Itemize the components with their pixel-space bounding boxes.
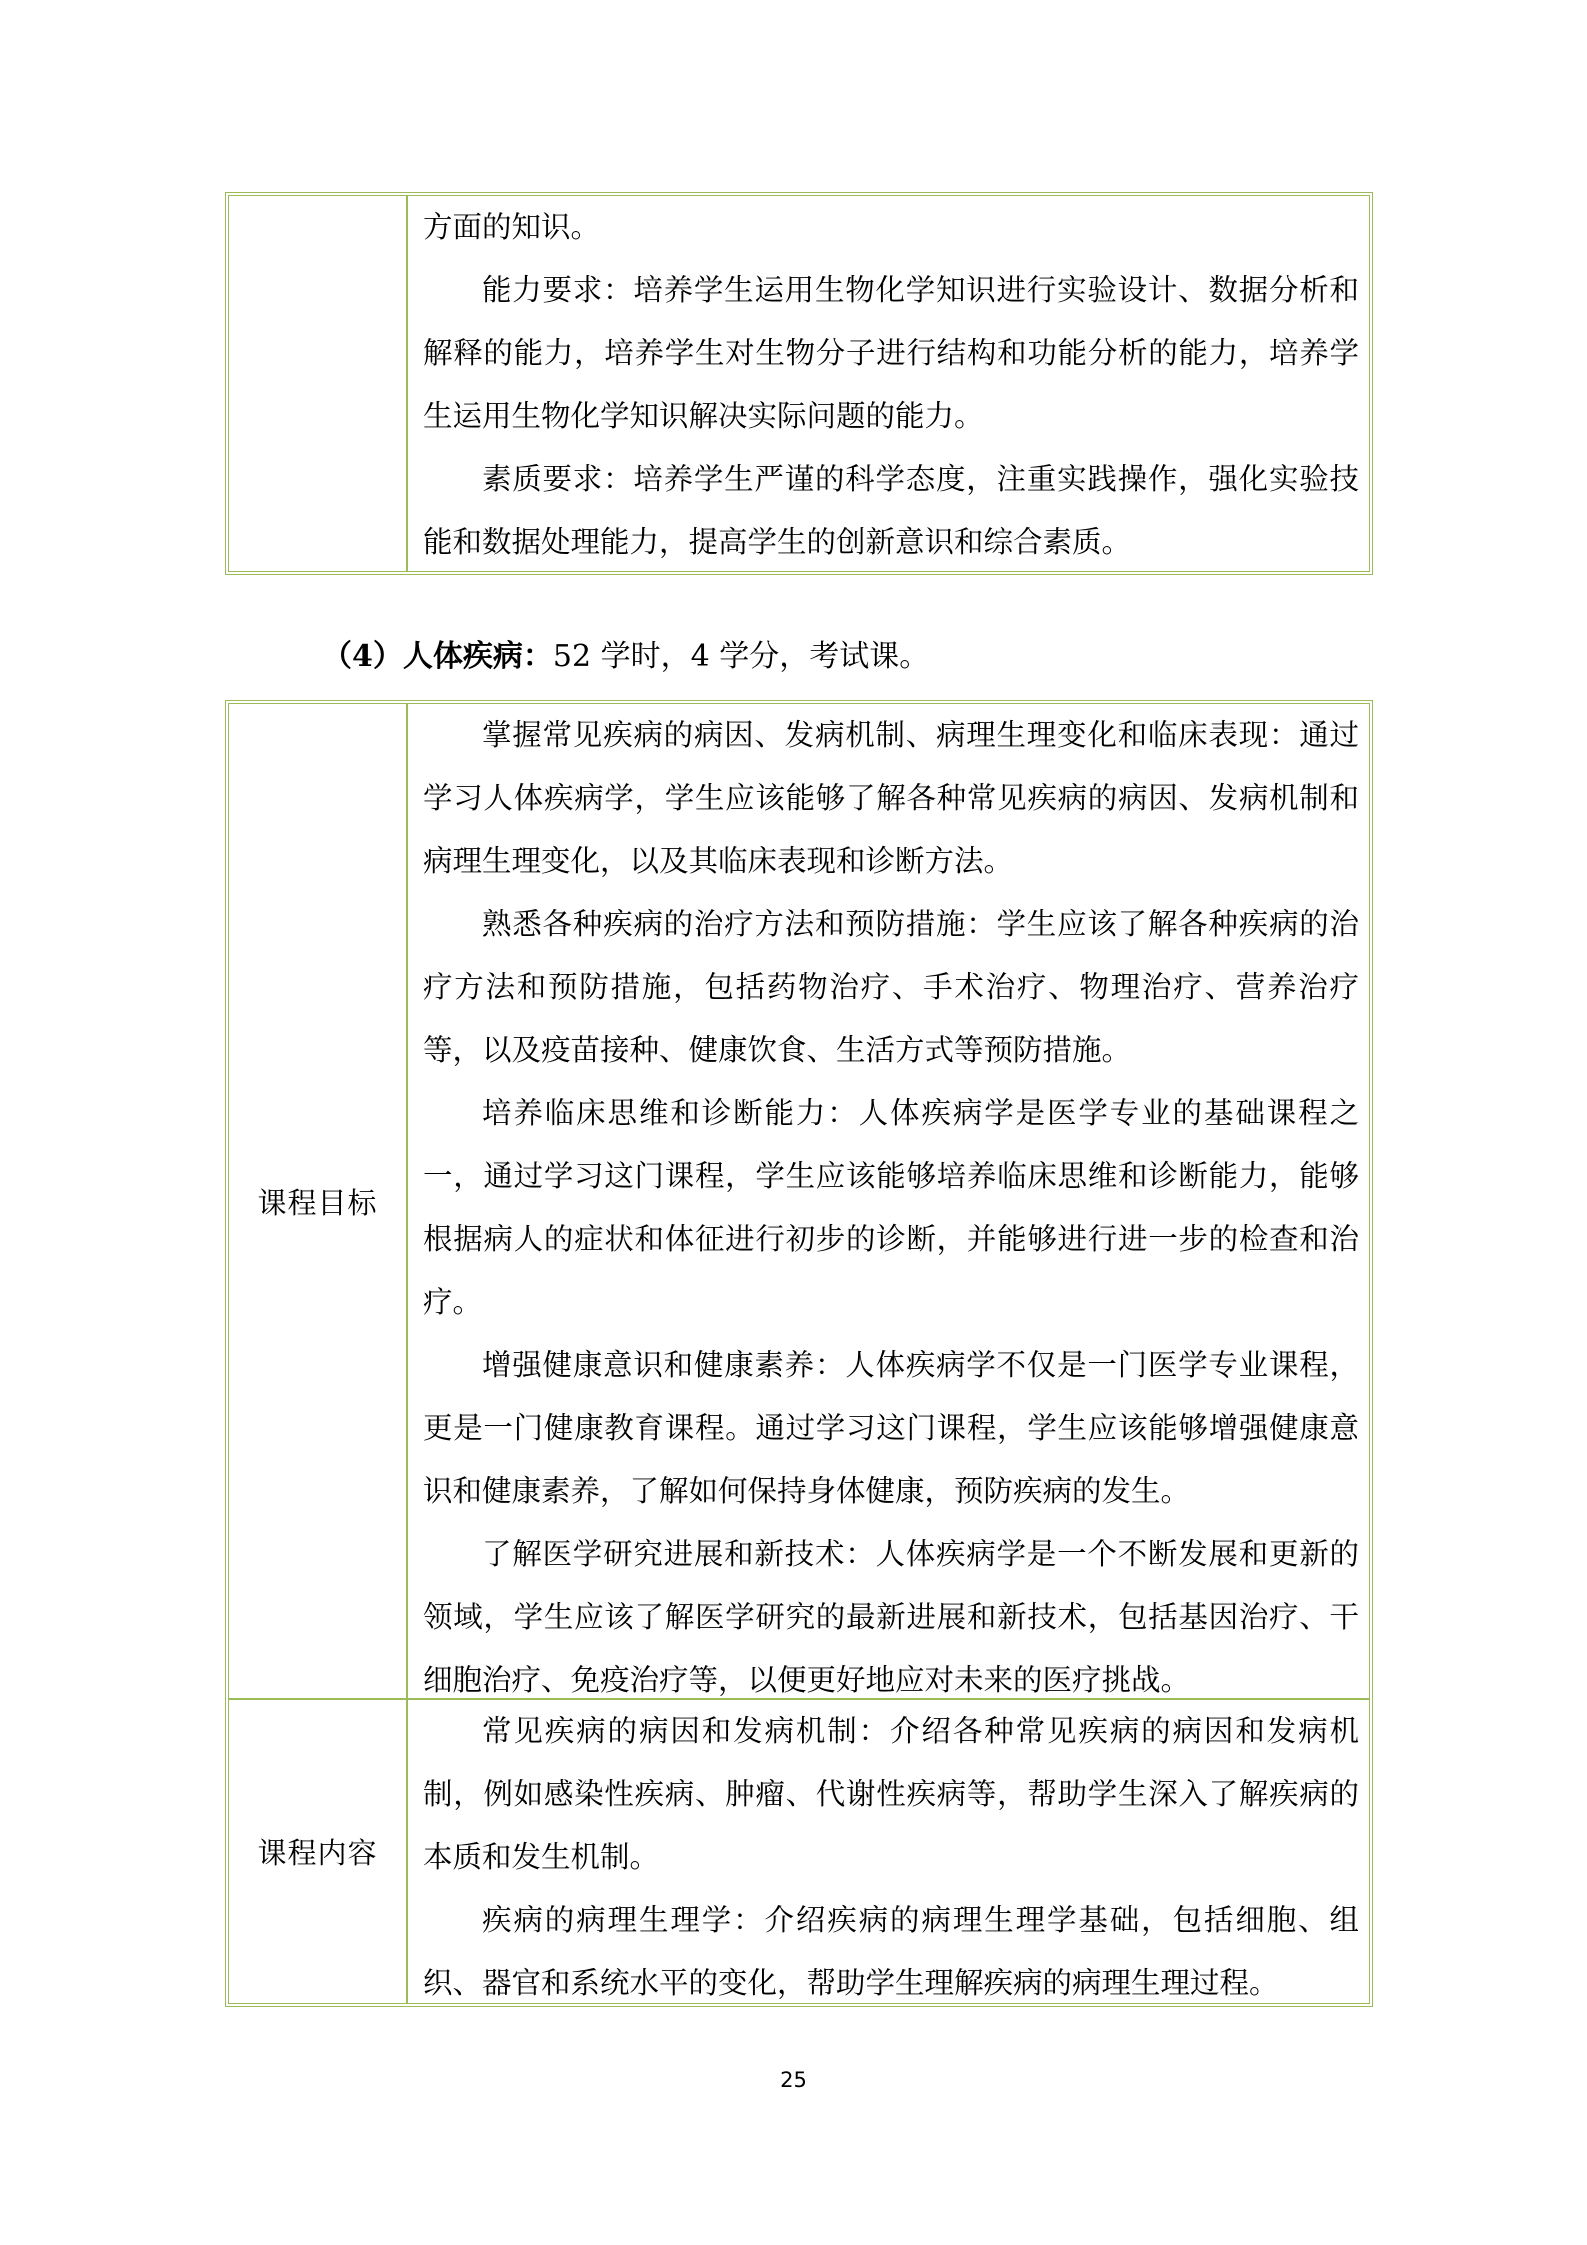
course-table-continued: 方面的知识。 能力要求：培养学生运用生物化学知识进行实验设计、数据分析和解释的能…: [225, 192, 1373, 575]
course-details: 52 学时，4 学分，考试课。: [553, 639, 929, 674]
paragraph: 培养临床思维和诊断能力：人体疾病学是医学专业的基础课程之一，通过学习这门课程，学…: [423, 1082, 1359, 1334]
course-name: 人体疾病: [403, 639, 523, 674]
row-content: 方面的知识。 能力要求：培养学生运用生物化学知识进行实验设计、数据分析和解释的能…: [408, 196, 1369, 571]
section-heading: （4）人体疾病：52 学时，4 学分，考试课。: [322, 632, 929, 682]
table-row-course-goals: 课程目标 掌握常见疾病的病因、发病机制、病理生理变化和临床表现：通过学习人体疾病…: [229, 704, 1369, 1698]
paragraph: 常见疾病的病因和发病机制：介绍各种常见疾病的病因和发病机制，例如感染性疾病、肿瘤…: [423, 1700, 1359, 1889]
row-content: 掌握常见疾病的病因、发病机制、病理生理变化和临床表现：通过学习人体疾病学，学生应…: [408, 704, 1369, 1698]
row-label: 课程目标: [229, 704, 408, 1698]
paragraph: 方面的知识。: [423, 196, 1359, 259]
paragraph: 增强健康意识和健康素养：人体疾病学不仅是一门医学专业课程，更是一门健康教育课程。…: [423, 1334, 1359, 1523]
paragraph: 疾病的病理生理学：介绍疾病的病理生理学基础，包括细胞、组织、器官和系统水平的变化…: [423, 1889, 1359, 2015]
row-label: 课程内容: [229, 1700, 408, 2003]
row-label-empty: [229, 196, 408, 571]
paragraph: 了解医学研究进展和新技术：人体疾病学是一个不断发展和更新的领域，学生应该了解医学…: [423, 1523, 1359, 1712]
course-table-human-disease: 课程目标 掌握常见疾病的病因、发病机制、病理生理变化和临床表现：通过学习人体疾病…: [225, 700, 1373, 2007]
page-number: 25: [0, 2068, 1587, 2092]
table-row-course-content: 课程内容 常见疾病的病因和发病机制：介绍各种常见疾病的病因和发病机制，例如感染性…: [229, 1698, 1369, 2003]
paragraph-quality-requirements: 素质要求：培养学生严谨的科学态度，注重实践操作，强化实验技能和数据处理能力，提高…: [423, 448, 1359, 574]
paragraph-ability-requirements: 能力要求：培养学生运用生物化学知识进行实验设计、数据分析和解释的能力，培养学生对…: [423, 259, 1359, 448]
row-content: 常见疾病的病因和发病机制：介绍各种常见疾病的病因和发病机制，例如感染性疾病、肿瘤…: [408, 1700, 1369, 2003]
table-row: 方面的知识。 能力要求：培养学生运用生物化学知识进行实验设计、数据分析和解释的能…: [229, 196, 1369, 571]
paragraph: 掌握常见疾病的病因、发病机制、病理生理变化和临床表现：通过学习人体疾病学，学生应…: [423, 704, 1359, 893]
heading-colon: ：: [523, 639, 553, 674]
heading-prefix: （4）: [322, 639, 403, 674]
paragraph: 熟悉各种疾病的治疗方法和预防措施：学生应该了解各种疾病的治疗方法和预防措施，包括…: [423, 893, 1359, 1082]
